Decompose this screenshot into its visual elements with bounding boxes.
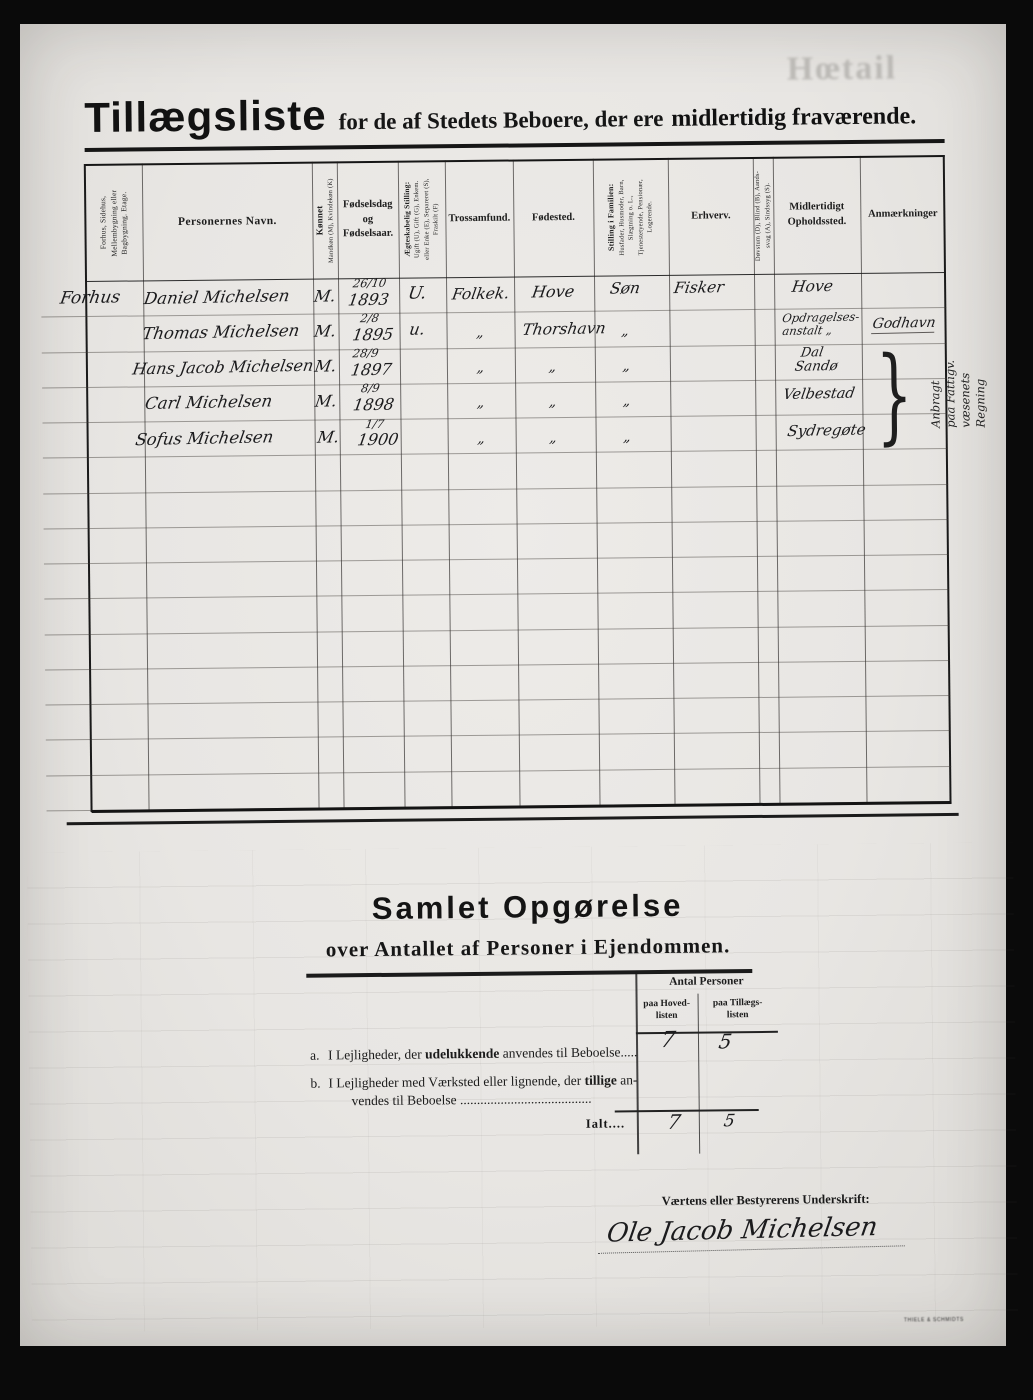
header-trossamfund: Trossamfund. <box>445 160 514 279</box>
summary-row-a: a.I Lejligheder, der udelukkende anvende… <box>310 1044 637 1063</box>
header-line: Ægteskabelig Stilling: <box>402 182 413 257</box>
summary-col-hoved: paa Hoved- listen <box>636 998 698 1023</box>
header-bygning: Forhus, Sidehus, Mellembygning eller Bag… <box>85 163 143 282</box>
cell-r4-trossamfund-ditto: „ <box>476 395 486 411</box>
header-label: Personernes Navn. <box>178 213 277 230</box>
header-handicap: Døvstum (D), Blind (B), Aands- svag (A),… <box>753 157 774 275</box>
cell-r1-fodested: Hove <box>531 282 576 302</box>
cell-r1-stilling: Søn <box>609 279 642 298</box>
row-a-text2: anvendes til Beboelse..... <box>499 1044 637 1060</box>
value-a-tillaegs: 5 <box>717 1029 733 1053</box>
summary-header-underline <box>636 1031 778 1034</box>
cell-r2-stilling-ditto: „ <box>620 323 630 339</box>
header-line: Forhus, Sidehus, <box>98 196 108 250</box>
cell-r2-fodested: Thorshavn <box>521 319 607 339</box>
header-line: eller Enke (E), Separeret (S), <box>423 179 432 261</box>
cell-r2-aar: 1895 <box>351 325 395 345</box>
row-a-bold: udelukkende <box>425 1046 499 1062</box>
scan-tilt-wrapper: Hœtail Tillægslistefor de af Stedets Beb… <box>18 14 1018 1346</box>
row-a-label: a. <box>310 1048 328 1064</box>
row-b-text: I Lejligheder med Værksted eller lignend… <box>328 1073 584 1091</box>
census-table: Forhus, Sidehus, Mellembygning eller Bag… <box>85 155 952 812</box>
ialt-label: Ialt.... <box>586 1116 625 1131</box>
cell-r5-opholdssted: Sydregøte <box>786 420 867 440</box>
cell-r5-stilling-ditto: „ <box>622 429 632 445</box>
printers-mark: THIELE & SCHMIDTS <box>904 1317 964 1324</box>
cell-r5-aar: 1900 <box>356 430 400 450</box>
cell-r2-kon: M. <box>313 321 337 340</box>
header-line: Døvstum (D), Blind (B), Aands- <box>754 171 763 261</box>
cell-r3-aar: 1897 <box>349 360 393 380</box>
cell-r3-navn: Hans Jacob Michelsen <box>131 356 315 379</box>
handwritten-entries: Forhus Daniel Michelsen M. 26/10 1893 U.… <box>86 273 951 811</box>
cell-r2-anm: Godhavn <box>871 315 937 334</box>
col-label-line: paa Tillægs- <box>698 997 778 1010</box>
cell-r5-fodested-ditto: „ <box>548 430 558 446</box>
anm-brace-note: } Anbragt paa Fattigv. væsenets Regning <box>861 337 988 452</box>
header-line: Ugift (U), Gift (G), Enkem. <box>413 181 422 259</box>
cell-r1-bygning: Forhus <box>59 287 122 308</box>
row-b-label: b. <box>310 1076 328 1092</box>
summary-title: Samlet Opgørelse <box>37 884 1017 930</box>
header-label: Erhverv. <box>691 209 731 224</box>
cell-r5-trossamfund-ditto: „ <box>476 431 486 447</box>
cell-r2-stand: u. <box>408 319 426 338</box>
header-fodselsdag: Fødselsdag og Fødselsaar. <box>337 161 399 280</box>
header-line: Opholdssted. <box>788 215 847 230</box>
header-line: Husfader, Husmoder, Barn, <box>618 179 627 255</box>
header-line: Slægtning o. L., <box>627 195 636 240</box>
col-label-line: listen <box>698 1009 778 1022</box>
note-line: væsenets <box>959 360 973 428</box>
title-rule <box>85 139 945 152</box>
cell-r2-trossamfund-ditto: „ <box>475 325 485 341</box>
value-ialt-tillaegs: 5 <box>722 1111 736 1131</box>
header-line: Mellembygning eller <box>109 189 119 256</box>
ialt-rule <box>615 1109 759 1112</box>
note-line: Regning <box>974 360 988 428</box>
cell-r1-erhverv: Fisker <box>673 278 726 297</box>
header-line: Bagbygning. Etage. <box>119 191 129 254</box>
header-opholdssted: Midlertidigt Opholdssted. <box>773 156 861 275</box>
summary-col-tillaegs: paa Tillægs- listen <box>698 997 778 1023</box>
header-line: Midlertidigt <box>789 200 844 215</box>
cell-r3-dag: 28/9 <box>352 346 380 361</box>
title-main: Tillægsliste <box>84 91 327 141</box>
row-b-text2: an- <box>617 1072 638 1087</box>
value-ialt-hoved: 7 <box>666 1110 682 1134</box>
cell-r3-opholdssted-line2: Sandø <box>794 358 839 375</box>
cell-r1-kon: M. <box>313 286 337 305</box>
header-line: Fødselsdag <box>343 198 393 213</box>
cell-r1-dag: 26/10 <box>352 276 387 291</box>
page-title: Tillægslistefor de af Stedets Beboere, d… <box>84 85 964 142</box>
header-label: Trossamfund. <box>448 211 510 226</box>
summary-section: Samlet Opgørelse over Antallet af Person… <box>27 884 1016 1194</box>
header-line: Fødselsaar. <box>343 227 393 242</box>
cell-r1-navn: Daniel Michelsen <box>143 286 291 308</box>
cell-r1-stand: U. <box>407 283 428 303</box>
header-line: Stilling i Familien: <box>606 184 617 252</box>
summary-subtitle: over Antallet af Personer i Ejendommen. <box>38 930 1018 965</box>
signature-name: Ole Jacob Michelsen <box>598 1211 910 1254</box>
header-label: Fødested. <box>532 211 575 226</box>
header-stilling: Stilling i Familien: Husfader, Husmoder,… <box>593 158 669 277</box>
header-erhverv: Erhverv. <box>668 157 754 276</box>
col-label-line: paa Hoved- <box>636 998 698 1011</box>
header-aegteskabelig: Ægteskabelig Stilling: Ugift (U), Gift (… <box>398 160 446 278</box>
cell-r1-opholdssted: Hove <box>791 277 835 296</box>
summary-col-group-label: Antal Personer <box>635 975 777 988</box>
header-anmaerkninger: Anmærkninger <box>860 155 946 274</box>
cell-r3-kon: M. <box>313 356 337 375</box>
curly-brace: } <box>876 342 913 446</box>
row-b-line2-text: vendes til Beboelse ....................… <box>352 1091 592 1109</box>
row-a-text: I Lejligheder, der <box>328 1046 425 1062</box>
header-line: Logerende. <box>646 201 655 233</box>
cell-r4-aar: 1898 <box>352 395 396 415</box>
cell-r2-dag: 2/8 <box>359 311 380 325</box>
scanned-census-page: { "page": { "title_main": "Tillægsliste"… <box>0 0 1033 1400</box>
cell-r1-trossamfund: Folkek. <box>451 284 511 303</box>
header-fodested: Fødested. <box>513 159 594 278</box>
header-line: Kønnet <box>314 206 326 236</box>
rotated-note: Anbragt paa Fattigv. væsenets Regning <box>929 360 987 428</box>
note-line: Anbragt <box>929 360 943 428</box>
table-bottom-rule-2 <box>67 813 959 825</box>
cell-r4-dag: 8/9 <box>360 381 381 395</box>
header-navn: Personernes Navn. <box>142 162 313 282</box>
cell-r1-aar: 1893 <box>347 290 391 310</box>
cell-r3-stilling-ditto: „ <box>622 358 632 374</box>
cell-r4-navn: Carl Michelsen <box>144 391 274 413</box>
cell-r5-kon: M. <box>316 427 340 446</box>
cell-r4-kon: M. <box>314 391 338 410</box>
cell-r4-fodested-ditto: „ <box>548 394 558 410</box>
header-kon: Kønnet Mandkøn (M), Kvindekøn (K) <box>312 161 338 279</box>
title-bold: midlertidig fraværende. <box>671 103 916 132</box>
note-line: paa Fattigv. <box>944 360 958 428</box>
value-a-hoved: 7 <box>659 1028 677 1053</box>
cell-r3-fodested-ditto: „ <box>548 359 558 375</box>
paper-sheet: Hœtail Tillægslistefor de af Stedets Beb… <box>20 24 1006 1346</box>
summary-row-b-line2: vendes til Beboelse ....................… <box>352 1091 592 1110</box>
bleed-through-text: Hœtail <box>787 49 898 88</box>
header-line: svag (A), Sindssyg (S). <box>764 183 773 248</box>
cell-r2-opholdssted-line2: anstalt „ <box>781 323 833 338</box>
header-line: Mandkøn (M), Kvindekøn (K) <box>327 178 336 263</box>
summary-row-b-line1: b.I Lejligheder med Værksted eller ligne… <box>310 1072 637 1091</box>
title-rest: for de af Stedets Beboere, der ere <box>339 106 664 134</box>
header-line: Fraskilt (F) <box>432 203 441 235</box>
row-b-bold: tillige <box>585 1072 617 1087</box>
col-label-line: listen <box>636 1010 698 1023</box>
header-line: og <box>363 213 374 228</box>
cell-r5-navn: Sofus Michelsen <box>134 427 275 449</box>
cell-r4-opholdssted: Velbestad <box>782 386 856 404</box>
cell-r4-stilling-ditto: „ <box>622 393 632 409</box>
signature-label: Værtens eller Bestyrerens Underskrift: <box>586 1191 946 1210</box>
header-label: Anmærkninger <box>868 207 938 222</box>
header-line: Tjenestetyende, Pensionær, <box>637 179 646 255</box>
cell-r2-navn: Thomas Michelsen <box>141 321 301 343</box>
cell-r3-trossamfund-ditto: „ <box>476 360 486 376</box>
